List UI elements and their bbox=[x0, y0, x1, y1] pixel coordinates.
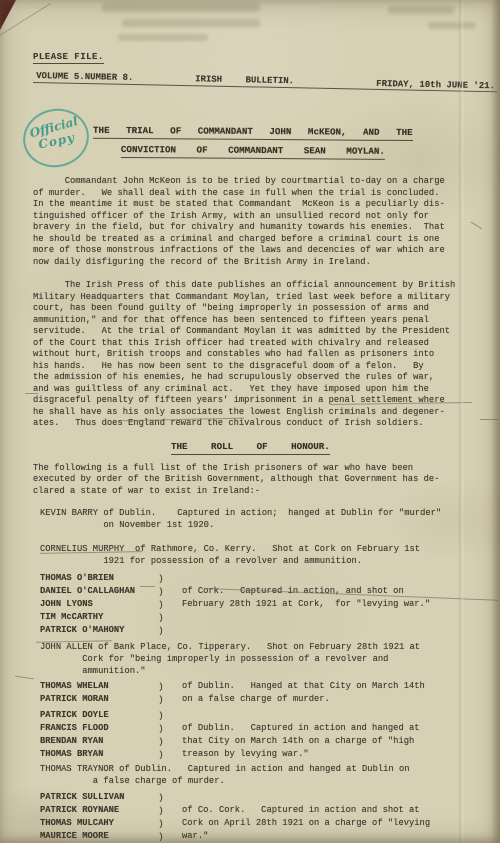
group-names: PATRICK DOYLE FRANCIS FLOOD BRENDAN RYAN… bbox=[40, 709, 158, 761]
roll-entry-dublin-group-1: THOMAS WHELAN PATRICK MORAN ) ) of Dubli… bbox=[40, 680, 497, 706]
roll-intro: The following is a full list of the Iris… bbox=[33, 463, 497, 498]
typed-content: PLEASE FILE. VOLUME 5.NUMBER 8. IRISH BU… bbox=[33, 46, 497, 843]
masthead-row: VOLUME 5.NUMBER 8. IRISH BULLETIN. FRIDA… bbox=[33, 66, 497, 92]
ink-bleedthrough bbox=[388, 6, 454, 14]
ink-bleedthrough bbox=[118, 34, 208, 41]
roll-entry-cork-group: THOMAS O'BRIEN DANIEL O'CALLAGHAN JOHN L… bbox=[40, 572, 497, 637]
group-names: THOMAS WHELAN PATRICK MORAN bbox=[40, 680, 158, 706]
group-names: PATRICK SULLIVAN PATRICK ROYNANE THOMAS … bbox=[40, 791, 158, 843]
roll-of-honour-heading: THE ROLL OF HONOUR. bbox=[171, 441, 330, 455]
roll-entry-john-allen: JOHN ALLEN of Bank Place, Co. Tipperary.… bbox=[40, 641, 497, 677]
pencil-mark bbox=[15, 676, 34, 680]
article-paragraph-2: The Irish Press of this date publishes a… bbox=[33, 280, 497, 430]
roll-entry-cornelius-murphy: CORNELIUS MURPHY of Rathmore, Co. Kerry.… bbox=[40, 543, 497, 567]
group-bracket: ) ) bbox=[158, 680, 170, 706]
group-bracket: ) ) ) ) bbox=[158, 791, 170, 843]
headline-line-2: CONVICTION OF COMMANDANT SEAN MOYLAN. bbox=[121, 144, 385, 160]
roll-entry-kevin-barry: KEVIN BARRY of Dublin. Captured in actio… bbox=[40, 507, 497, 531]
group-description: of Co. Cork. Captured in action and shot… bbox=[182, 791, 430, 843]
article-paragraph-1: Commandant John McKeon is to be tried by… bbox=[33, 176, 497, 268]
volume-number: VOLUME 5.NUMBER 8. bbox=[36, 71, 133, 83]
group-bracket: ) ) ) ) ) bbox=[158, 572, 170, 637]
folded-corner bbox=[0, 0, 16, 30]
group-description: of Dublin. Hanged at that City on March … bbox=[182, 680, 425, 706]
ink-bleedthrough bbox=[428, 22, 476, 29]
roll-entries: KEVIN BARRY of Dublin. Captured in actio… bbox=[40, 507, 497, 843]
roll-entry-thomas-traynor: THOMAS TRAYNOR of Dublin. Captured in ac… bbox=[40, 763, 497, 787]
group-bracket: ) ) ) ) bbox=[158, 709, 170, 761]
issue-date: FRIDAY, 10th JUNE '21. bbox=[376, 79, 495, 91]
article-headline: THE TRIAL OF COMMANDANT JOHN McKEON, AND… bbox=[33, 119, 497, 160]
headline-line-1: THE TRIAL OF COMMANDANT JOHN McKEON, AND… bbox=[93, 125, 413, 141]
ink-bleedthrough bbox=[122, 19, 260, 27]
bulletin-title: IRISH BULLETIN. bbox=[195, 74, 294, 86]
group-description: of Cork. Captured in action, and shot on… bbox=[182, 572, 430, 611]
please-file-note: PLEASE FILE. bbox=[33, 52, 104, 64]
document-page: Official Copy PLEASE FILE. VOLUME 5.NUMB… bbox=[0, 0, 500, 843]
group-description: of Dublin. Captured in action and hanged… bbox=[182, 709, 420, 761]
roll-entry-cork-group-2: PATRICK SULLIVAN PATRICK ROYNANE THOMAS … bbox=[40, 791, 497, 843]
group-names: THOMAS O'BRIEN DANIEL O'CALLAGHAN JOHN L… bbox=[40, 572, 158, 637]
roll-entry-dublin-group-2: PATRICK DOYLE FRANCIS FLOOD BRENDAN RYAN… bbox=[40, 709, 497, 761]
ink-bleedthrough bbox=[102, 3, 260, 12]
